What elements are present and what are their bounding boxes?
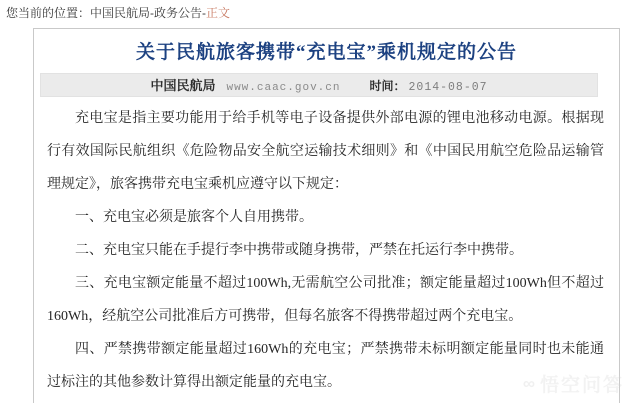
source-url-link[interactable]: www.caac.gov.cn xyxy=(226,82,340,94)
paragraph-rule-2: 二、充电宝只能在手提行李中携带或随身携带，严禁在托运行李中携带。 xyxy=(47,234,604,267)
breadcrumb-current-page: 正文 xyxy=(206,6,230,20)
page-title: 关于民航旅客携带“充电宝”乘机规定的公告 xyxy=(34,40,619,66)
breadcrumb-path-links[interactable]: 中国民航局-政务公告- xyxy=(90,6,206,20)
article-meta-bar: 中国民航局 www.caac.gov.cn 时间： 2014-08-07 xyxy=(40,73,598,97)
source-name: 中国民航局 xyxy=(150,78,215,93)
paragraph-rule-1: 一、充电宝必须是旅客个人自用携带。 xyxy=(47,201,604,234)
article-body: 充电宝是指主要功能用于给手机等电子设备提供外部电源的锂电池移动电源。根据现行有效… xyxy=(34,97,619,399)
time-label: 时间： xyxy=(370,79,406,93)
paragraph-rule-4: 四、严禁携带额定能量超过160Wh的充电宝；严禁携带未标明额定能量同时也未能通过… xyxy=(47,333,604,399)
paragraph-intro: 充电宝是指主要功能用于给手机等电子设备提供外部电源的锂电池移动电源。根据现行有效… xyxy=(47,102,604,201)
publish-date: 2014-08-07 xyxy=(409,81,488,94)
paragraph-rule-3: 三、充电宝额定能量不超过100Wh,无需航空公司批准；额定能量超过100Wh但不… xyxy=(47,267,604,333)
article-container: 关于民航旅客携带“充电宝”乘机规定的公告 中国民航局 www.caac.gov.… xyxy=(33,28,620,403)
announcement-page: 您当前的位置：中国民航局-政务公告-正文 关于民航旅客携带“充电宝”乘机规定的公… xyxy=(0,0,640,403)
breadcrumb-prefix-label: 您当前的位置： xyxy=(6,6,90,20)
breadcrumb: 您当前的位置：中国民航局-政务公告-正文 xyxy=(6,4,230,21)
